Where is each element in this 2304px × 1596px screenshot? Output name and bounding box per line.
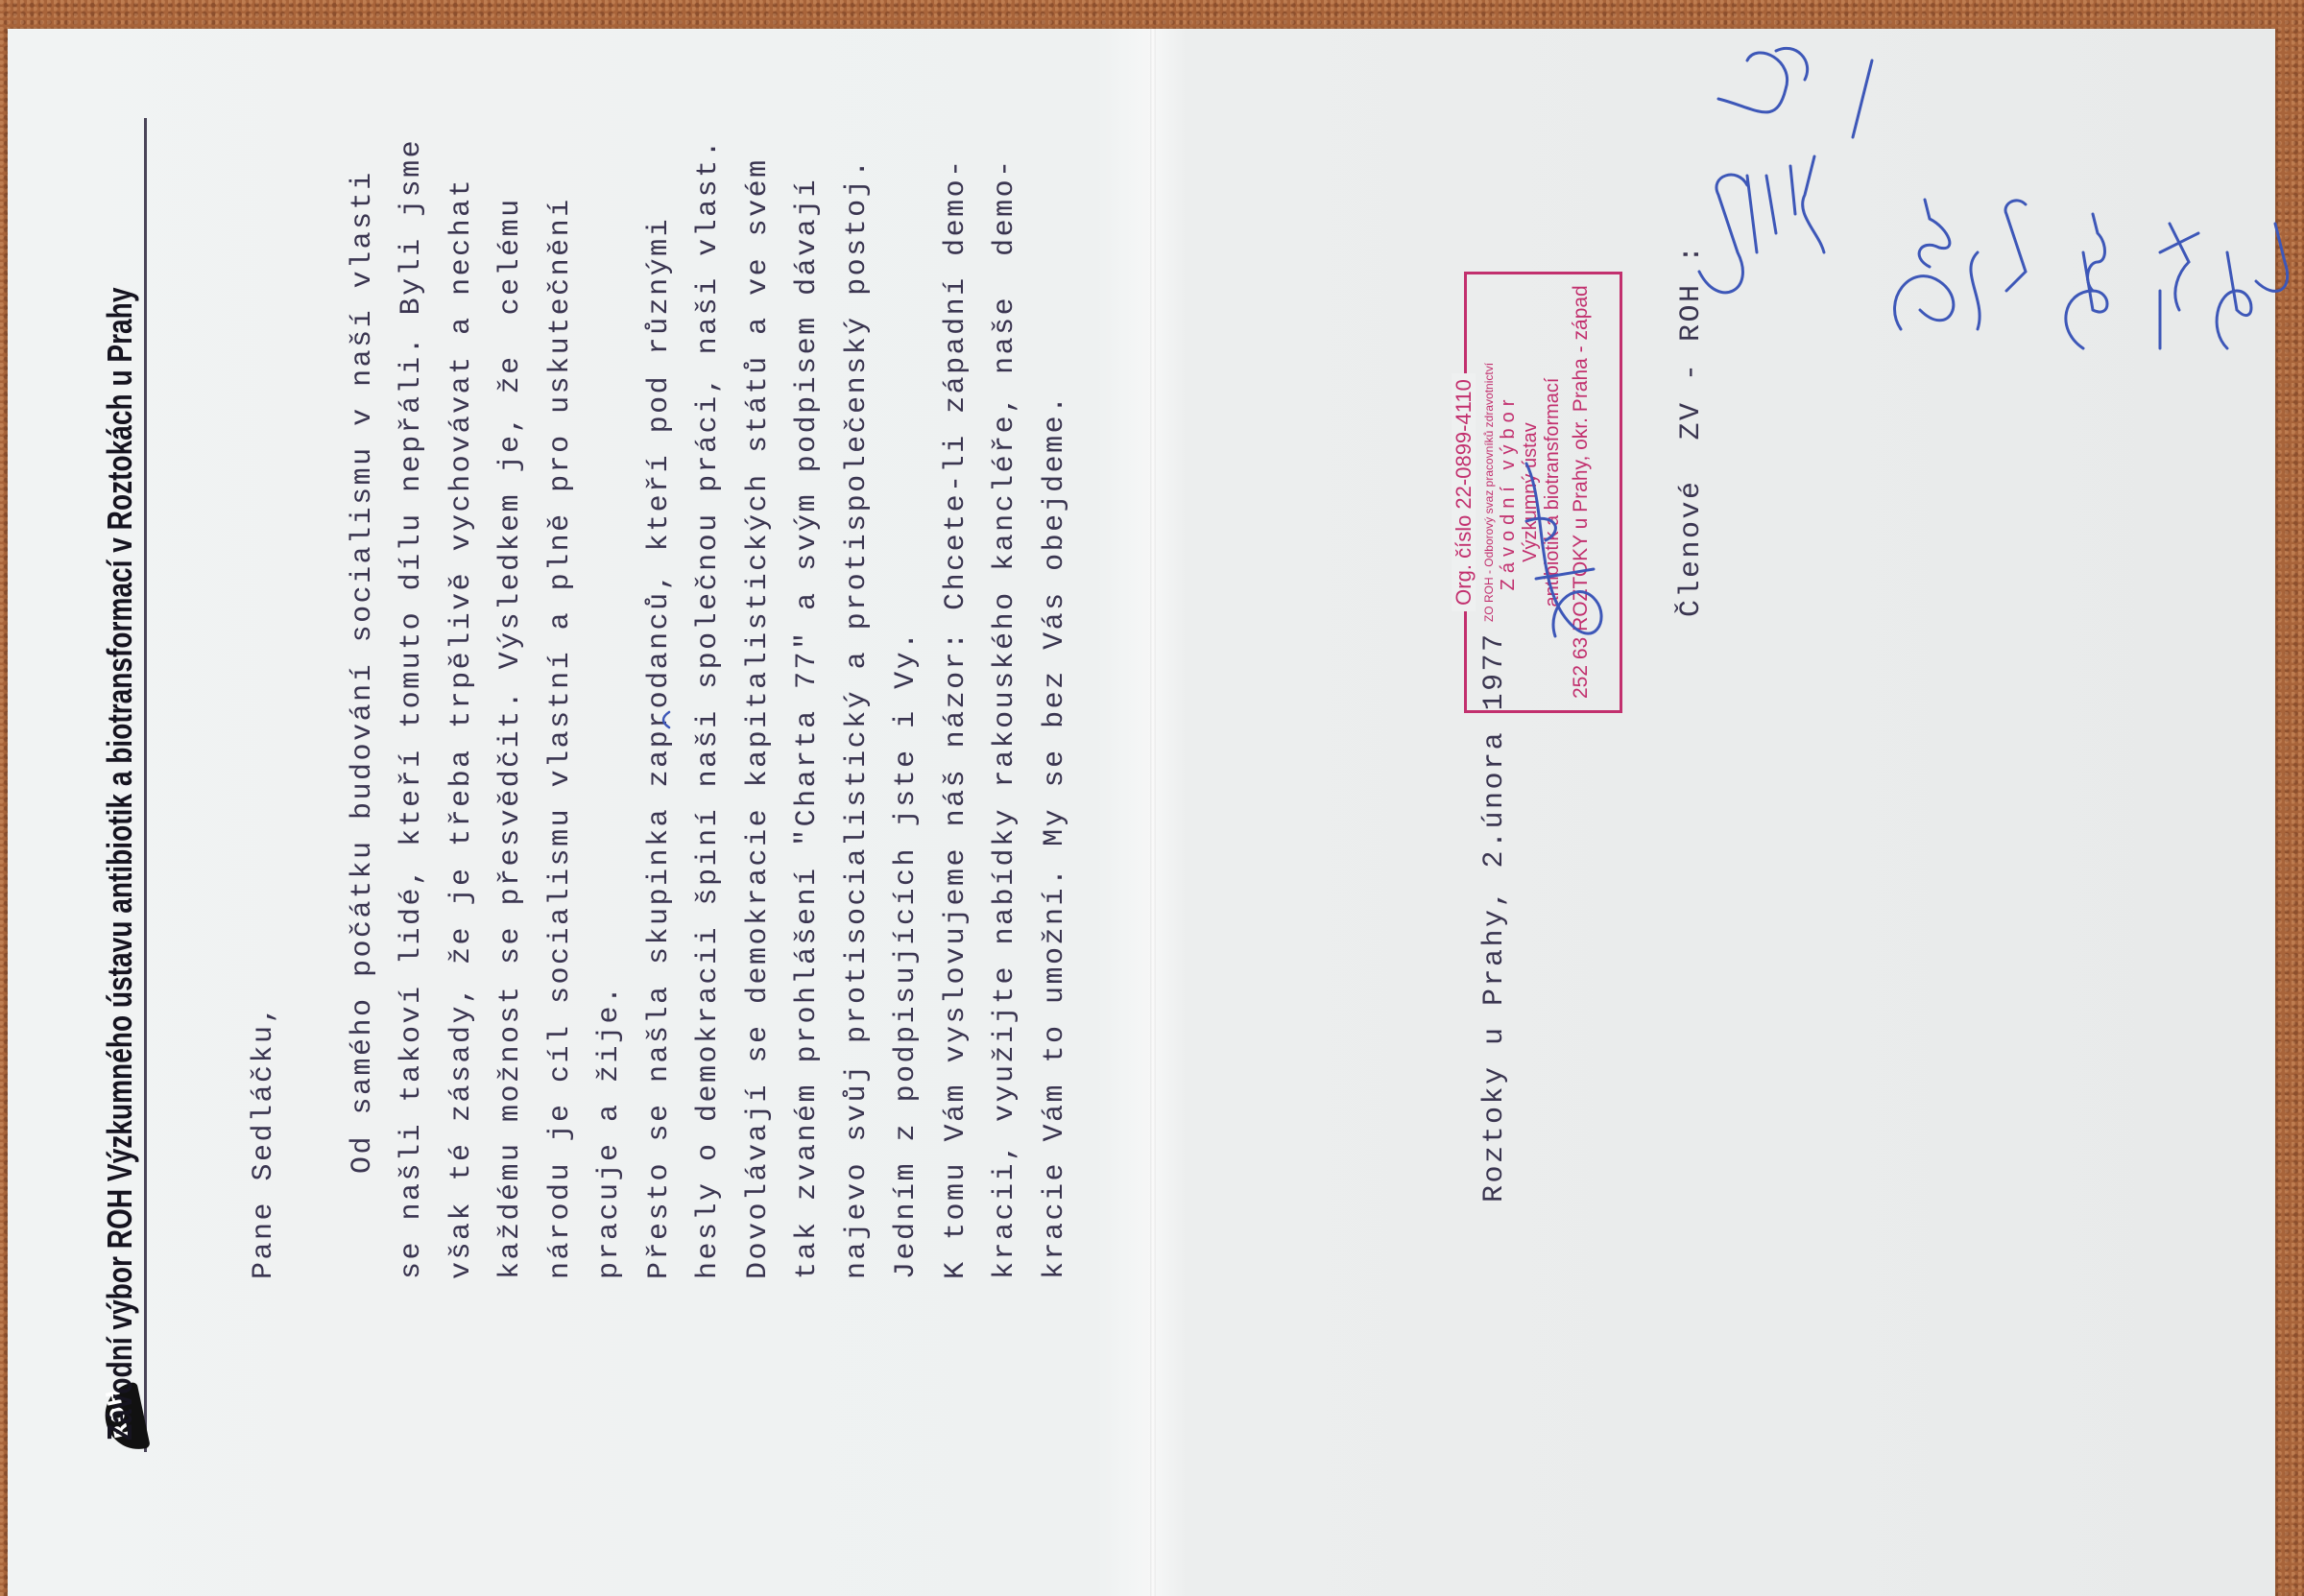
body-line: hesly o demokracii špiní naši společnou … [684, 128, 734, 1279]
body-line: Od samého počátku budování socialismu v … [339, 128, 389, 1279]
letterhead-title: Závodní výbor ROH Výzkumného ústavu anti… [100, 288, 144, 1441]
stamp-line: antibiotik a biotransformací [1542, 274, 1564, 710]
body-line: však té zásady, že je třeba trpělivě vyc… [438, 128, 488, 1279]
stamp-line: ZO ROH - Odborový svaz pracovníků zdravo… [1482, 274, 1496, 710]
body-lines: Od samého počátku budování socialismu v … [339, 128, 1081, 1279]
letter-body: Pane Sedláčku, Od samého počátku budován… [240, 128, 1080, 1279]
body-line: Jedním z podpisujících jste i Vy. [882, 128, 932, 1279]
body-line: národu je cíl socialismu vlastní a plně … [537, 128, 587, 1279]
stamp-org-number: Org. číslo 22-0899-4110 [1452, 373, 1476, 611]
body-line: Dovolávají se demokracie kapitalistickýc… [734, 128, 784, 1279]
body-line: každému možnost se přesvědčit. Výsledkem… [487, 128, 537, 1279]
stamp-line: Závodní výbor [1498, 274, 1520, 710]
body-line: se našli takoví lidé, kteří tomuto dílu … [388, 128, 438, 1279]
stamp-line: Výzkumný ústav [1520, 274, 1542, 710]
body-line: najevo svůj protisocialistický a protisp… [833, 128, 883, 1279]
body-line: kracii, využijte nabídky rakouského kanc… [981, 128, 1031, 1279]
stamp-line: 252 63 ROZTOKY u Prahy, okr. Praha - záp… [1570, 274, 1593, 710]
body-line: kracie Vám to umožní. My se bez Vás obej… [1031, 128, 1081, 1279]
letter-content: ROH Závodní výbor ROH Výzkumného ústavu … [0, 0, 2304, 1596]
body-line: Přesto se našla skupinka zaprodanců, kte… [636, 128, 685, 1279]
members-line: Členové ZV - ROH : [1675, 243, 1708, 617]
letterhead: ROH Závodní výbor ROH Výzkumného ústavu … [84, 118, 147, 1452]
body-line: pracuje a žije. [586, 128, 636, 1279]
official-stamp: Org. číslo 22-0899-4110 ZO ROH - Odborov… [1464, 272, 1622, 713]
date-line: Roztoky u Prahy, 2.února 1977 [1478, 631, 1511, 1203]
body-line: tak zvaném prohlášení "Charta 77" a svým… [783, 128, 833, 1279]
body-line: K tomu Vám vyslovujeme náš názor: Chcete… [932, 128, 982, 1279]
salutation: Pane Sedláčku, [240, 128, 290, 1279]
